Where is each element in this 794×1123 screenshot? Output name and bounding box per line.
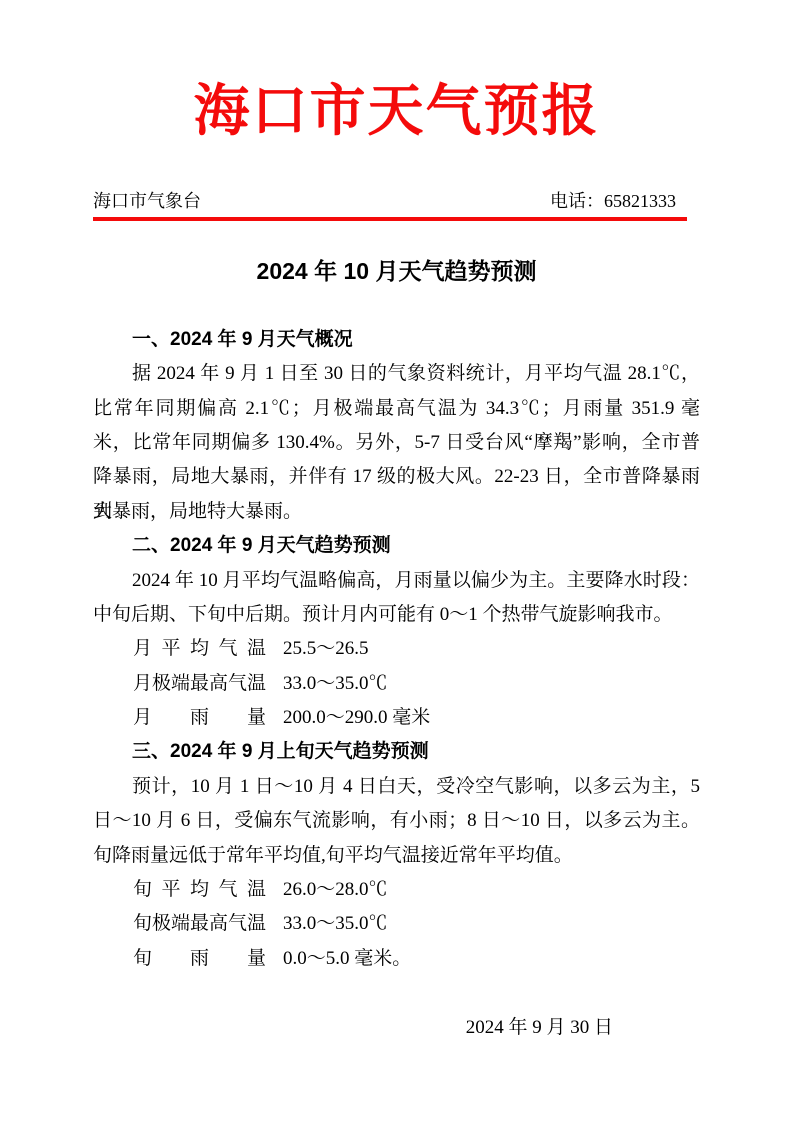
- section-heading: 一、2024 年 9 月天气概况: [93, 323, 700, 357]
- measure-label: 月平均气温: [133, 632, 266, 666]
- measure-row: 月平均气温25.5～26.5: [93, 632, 700, 666]
- measure-row: 月雨量200.0～290.0 毫米: [93, 701, 700, 735]
- section-heading: 二、2024 年 9 月天气趋势预测: [93, 529, 700, 563]
- measure-row: 旬雨量0.0～5.0 毫米。: [93, 942, 700, 976]
- measure-label: 旬平均气温: [133, 873, 266, 907]
- blank-line: [93, 976, 700, 1010]
- document-subtitle: 2024 年 10 月天气趋势预测: [93, 254, 700, 288]
- paragraph-line: 米，比常年同期偏多 130.4%。另外，5-7 日受台风“摩羯”影响，全市普: [93, 426, 700, 460]
- phone-number: 电话：65821333: [550, 188, 700, 214]
- measure-value: 0.0～5.0 毫米。: [283, 942, 411, 976]
- measure-value: 33.0～35.0℃: [283, 907, 388, 941]
- paragraph-line: 大暴雨，局地特大暴雨。: [93, 495, 700, 529]
- measure-row: 旬极端最高气温33.0～35.0℃: [93, 907, 700, 941]
- paragraph-line: 旬降雨量远低于常年平均值,旬平均气温接近常年平均值。: [93, 839, 700, 873]
- red-divider-rule: [93, 217, 687, 221]
- header-row: 海口市气象台 电话：65821333: [93, 188, 700, 214]
- section-heading: 三、2024 年 9 月上旬天气趋势预测: [93, 735, 700, 769]
- measure-value: 26.0～28.0℃: [283, 873, 388, 907]
- agency-name: 海口市气象台: [93, 188, 201, 214]
- measure-label: 旬雨量: [133, 942, 266, 976]
- measure-label: 月雨量: [133, 701, 266, 735]
- paragraph-line: 据 2024 年 9 月 1 日至 30 日的气象资料统计，月平均气温 28.1…: [93, 357, 700, 391]
- measure-value: 25.5～26.5: [283, 632, 369, 666]
- measure-label: 月极端最高气温: [133, 667, 266, 701]
- paragraph-line: 2024 年 10 月平均气温略偏高，月雨量以偏少为主。主要降水时段：: [93, 564, 700, 598]
- blank-line: [93, 288, 700, 322]
- paragraph-line: 日～10 月 6 日，受偏东气流影响，有小雨；8 日～10 日，以多云为主。: [93, 804, 700, 838]
- document-page: 海口市天气预报 海口市气象台 电话：65821333 2024 年 10 月天气…: [0, 0, 794, 1123]
- paragraph-line: 降暴雨，局地大暴雨，并伴有 17 级的极大风。22-23 日，全市普降暴雨到: [93, 460, 700, 494]
- paragraph-line: 中旬后期、下旬中后期。预计月内可能有 0～1 个热带气旋影响我市。: [93, 598, 700, 632]
- document-body: 2024 年 10 月天气趋势预测 一、2024 年 9 月天气概况据 2024…: [93, 254, 700, 1045]
- measure-value: 33.0～35.0℃: [283, 667, 388, 701]
- measure-label: 旬极端最高气温: [133, 907, 266, 941]
- measure-row: 旬平均气温26.0～28.0℃: [93, 873, 700, 907]
- paragraph-line: 比常年同期偏高 2.1℃；月极端最高气温为 34.3℃；月雨量 351.9 毫: [93, 392, 700, 426]
- page-title: 海口市天气预报: [93, 76, 700, 146]
- text-lines: 一、2024 年 9 月天气概况据 2024 年 9 月 1 日至 30 日的气…: [93, 288, 700, 1045]
- measure-row: 月极端最高气温33.0～35.0℃: [93, 667, 700, 701]
- paragraph-line: 预计，10 月 1 日～10 月 4 日白天，受冷空气影响，以多云为主，5: [93, 770, 700, 804]
- document-date: 2024 年 9 月 30 日: [93, 1011, 700, 1045]
- measure-value: 200.0～290.0 毫米: [283, 701, 430, 735]
